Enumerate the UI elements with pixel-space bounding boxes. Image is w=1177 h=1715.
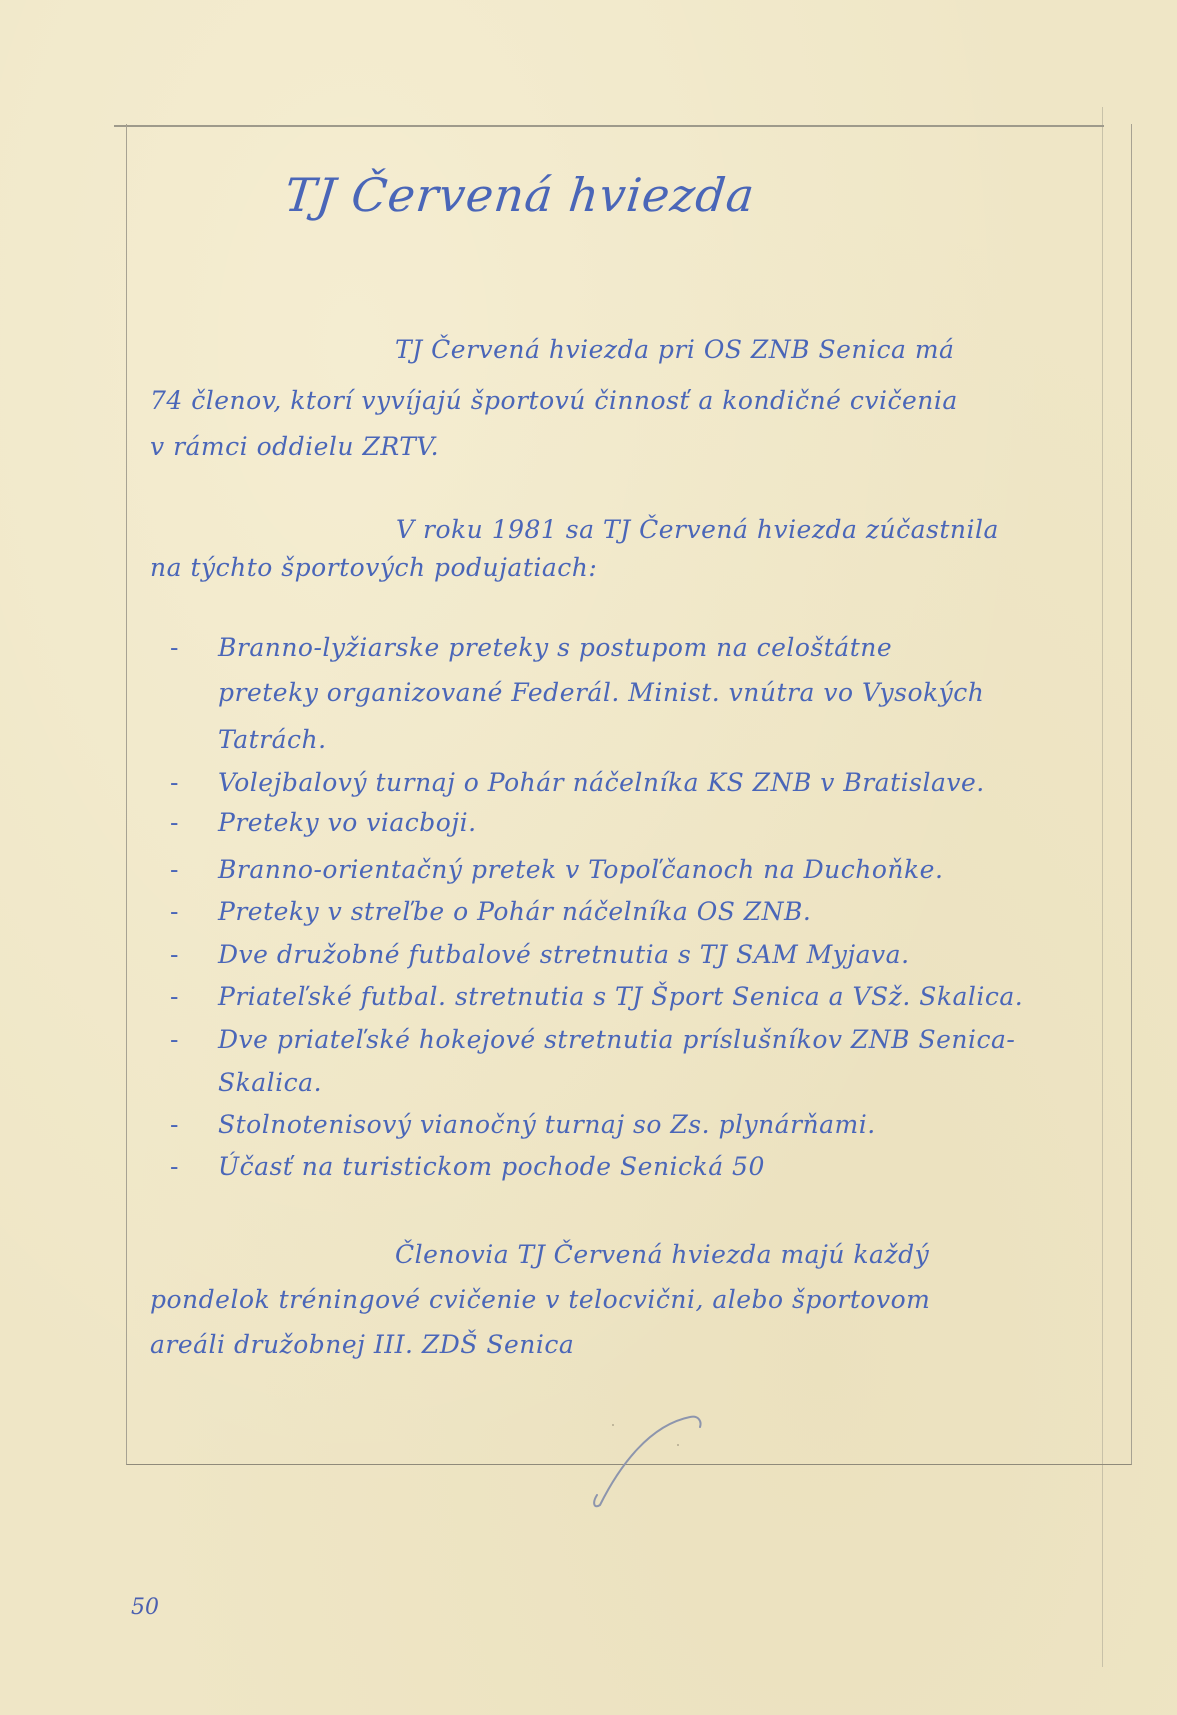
list-dash: - [170, 982, 178, 1011]
closing-line-3: areáli družobnej III. ZDŠ Senica [150, 1330, 574, 1359]
list-item: Preteky v streľbe o Pohár náčelníka OS Z… [218, 897, 811, 926]
intro-line-1: TJ Červená hviezda pri OS ZNB Senica má [395, 335, 954, 364]
list-item-continuation: Skalica. [218, 1068, 322, 1097]
closing-line-2: pondelok tréningové cvičenie v telocvičn… [150, 1285, 930, 1314]
list-item: Branno-lyžiarske preteky s postupom na c… [218, 633, 892, 662]
signature-stroke-icon [590, 1405, 710, 1515]
list-dash: - [170, 940, 178, 969]
list-dash: - [170, 855, 178, 884]
list-dash: - [170, 768, 178, 797]
list-item-continuation: Tatrách. [218, 725, 327, 754]
document-title: TJ Červená hviezda [282, 168, 757, 222]
list-item: Priateľské futbal. stretnutia s TJ Šport… [218, 982, 1023, 1011]
list-item: Dve družobné futbalové stretnutia s TJ S… [218, 940, 910, 969]
events-intro-line-1: V roku 1981 sa TJ Červená hviezda zúčast… [396, 515, 999, 544]
intro-line-2: 74 členov, ktorí vyvíjajú športovú činno… [150, 386, 958, 415]
list-dash: - [170, 1152, 178, 1181]
list-item: Účasť na turistickom pochode Senická 50 [218, 1152, 765, 1181]
list-dash: - [170, 808, 178, 837]
list-item: Branno-orientačný pretek v Topoľčanoch n… [218, 855, 943, 884]
list-item: Dve priateľské hokejové stretnutia prísl… [218, 1025, 1015, 1054]
page-number: 50 [131, 1595, 159, 1620]
list-dash: - [170, 633, 178, 662]
list-dash: - [170, 897, 178, 926]
paper-speck [677, 1444, 679, 1446]
list-item-continuation: preteky organizované Federál. Minist. vn… [218, 678, 984, 707]
list-item: Volejbalový turnaj o Pohár náčelníka KS … [218, 768, 985, 797]
list-item: Preteky vo viacboji. [218, 808, 477, 837]
events-intro-line-2: na týchto športových podujatiach: [150, 553, 597, 582]
paper-speck [612, 1424, 614, 1426]
list-dash: - [170, 1110, 178, 1139]
intro-line-3: v rámci oddielu ZRTV. [150, 432, 439, 461]
closing-line-1: Členovia TJ Červená hviezda majú každý [395, 1240, 929, 1269]
list-item: Stolnotenisový vianočný turnaj so Zs. pl… [218, 1110, 876, 1139]
list-dash: - [170, 1025, 178, 1054]
